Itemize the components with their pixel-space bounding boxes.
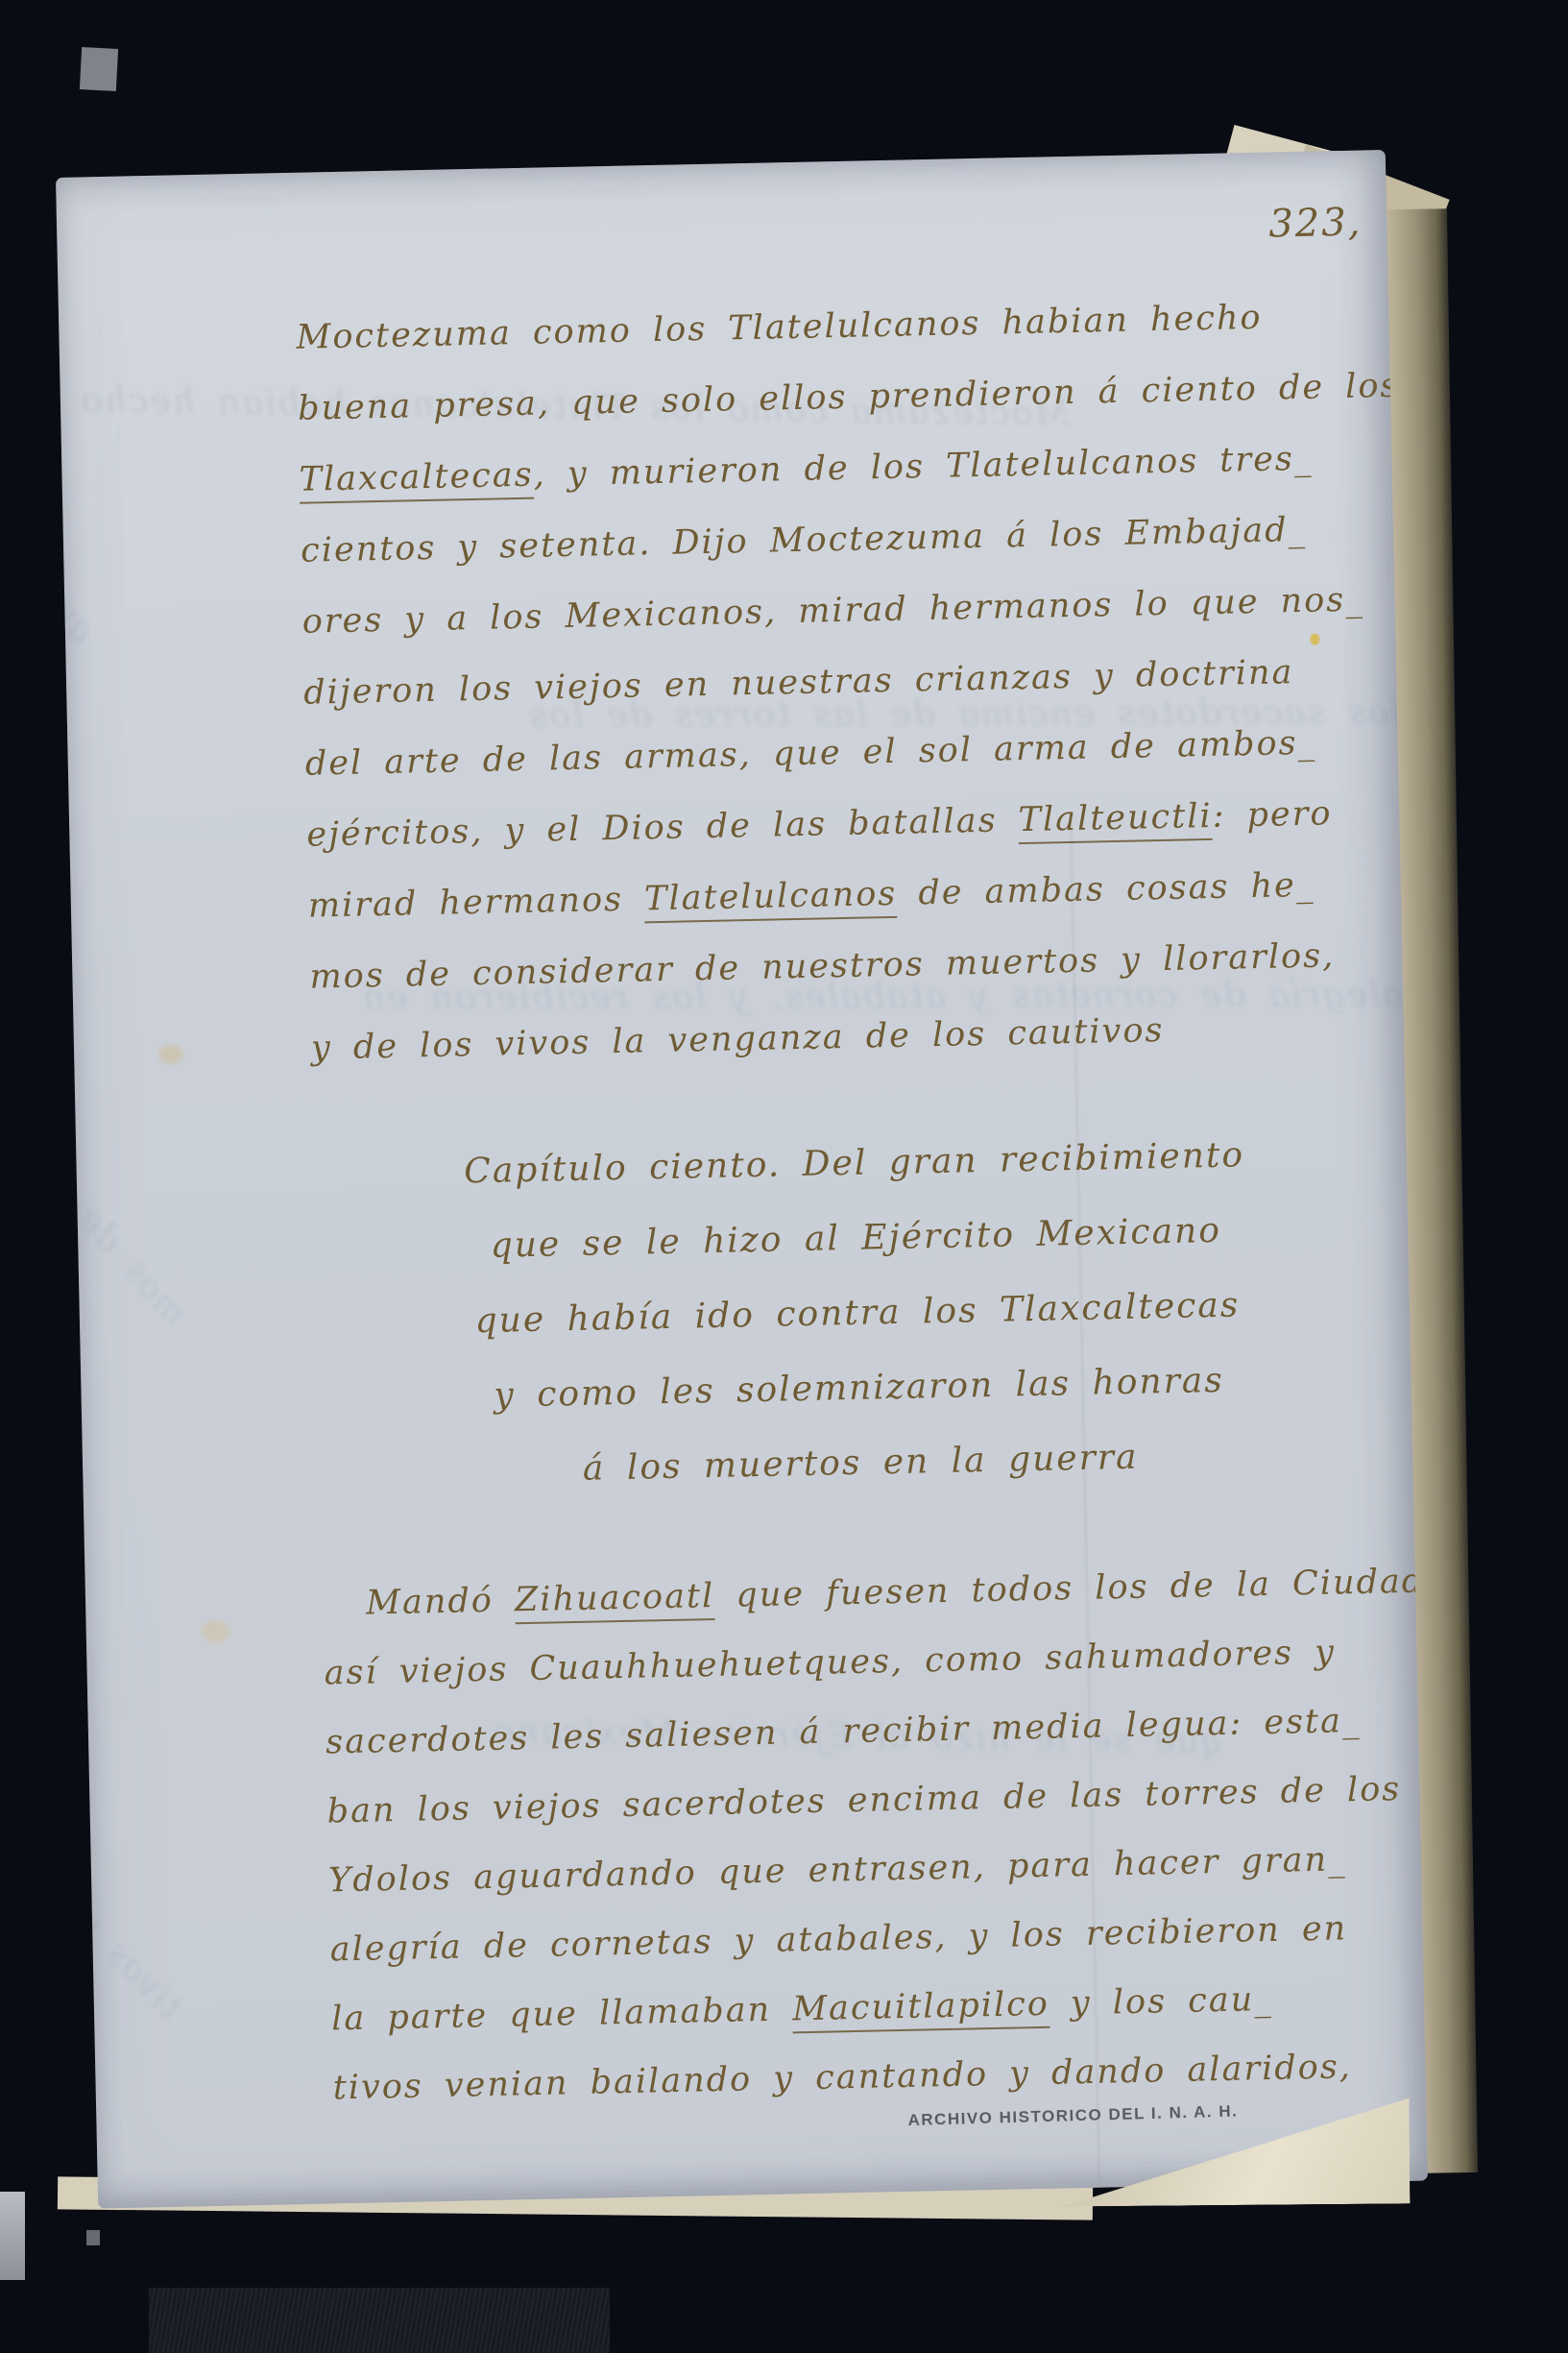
page-number: 323, [1268,201,1363,247]
show-through-text: tivos venian bailando y cantando y dando… [56,1239,190,2026]
paragraph-2: Mandó Zihuacoatl que fuesen todos los de… [322,1546,1428,2123]
line-text: dijeron los viejos en nuestras crianzas … [303,653,1294,713]
underlined-word: Macuitlapilco [792,1985,1050,2034]
scan-artifact-notch [80,47,118,91]
scan-artifact-speck [86,2230,100,2245]
show-through-text: que había ido contra los Tlaxcaltecas [56,150,104,651]
line-text: y los cau_ [1049,1980,1273,2024]
underlined-word: Tlalteuctli [1018,797,1213,844]
line-text: mos de considerar de nuestros muertos y … [309,936,1336,996]
show-through-text: mos de considerar de nuestros muertos y … [56,518,195,1334]
line-text: y de los vivos la venganza de los cautiv… [311,1011,1165,1068]
line-text: , y murieron de los Tlatelulcanos tres_ [533,440,1314,495]
foxing-spot [158,1044,183,1064]
line-text: sacerdotes les saliesen á recibir media … [326,1702,1362,1762]
line-text: Mandó [366,1581,516,1622]
line-text: del arte de las armas, que el sol arma d… [304,724,1316,784]
line-text: : pero [1212,794,1333,836]
underlined-word: Tlaxcaltecas [299,456,534,504]
scanned-manuscript: Moctezuma como los Tlatelulcanos habian … [0,0,1568,2353]
manuscript-page: Moctezuma como los Tlatelulcanos habian … [56,150,1428,2209]
line-text: buena presa, que solo ellos prendieron á… [298,367,1400,428]
line-text: ores y a los Mexicanos, mirad hermanos l… [302,581,1364,642]
line-text: tivos venian bailando y cantando y dando… [332,2048,1352,2107]
line-text: así viejos Cuauhhuehuetques, como sahuma… [324,1633,1336,1692]
line-text: cientos y setenta. Dijo Moctezuma á los … [301,511,1308,570]
line-text: que fuesen todos los de la Ciudad [714,1562,1426,1614]
paragraph-1: Moctezuma como los Tlatelulcanos habian … [296,279,1413,1084]
underlined-word: Zihuacoatl [515,1577,715,1624]
line-text: ban los viejos sacerdotes encima de las … [326,1770,1401,1831]
line-text: mirad hermanos [308,880,645,925]
line-text: de ambas cosas he_ [897,866,1315,913]
underlined-word: Tlatelulcanos [644,875,898,924]
chapter-heading: Capítulo ciento. Del gran recibimiento q… [277,1114,1428,1513]
line-text: la parte que llamaban [331,1990,793,2038]
line-text: alegría de cornetas y atabales, y los re… [329,1909,1347,1969]
line-text: Moctezuma como los Tlatelulcanos habian … [296,299,1263,357]
line-text: ejércitos, y el Dios de las batallas [306,801,1019,855]
line-text: Ydolos aguardando que entrasen, para hac… [328,1840,1347,1900]
scan-artifact-texture [149,2288,610,2353]
foxing-spot [201,1620,229,1644]
scan-artifact-sliver [0,2192,25,2280]
